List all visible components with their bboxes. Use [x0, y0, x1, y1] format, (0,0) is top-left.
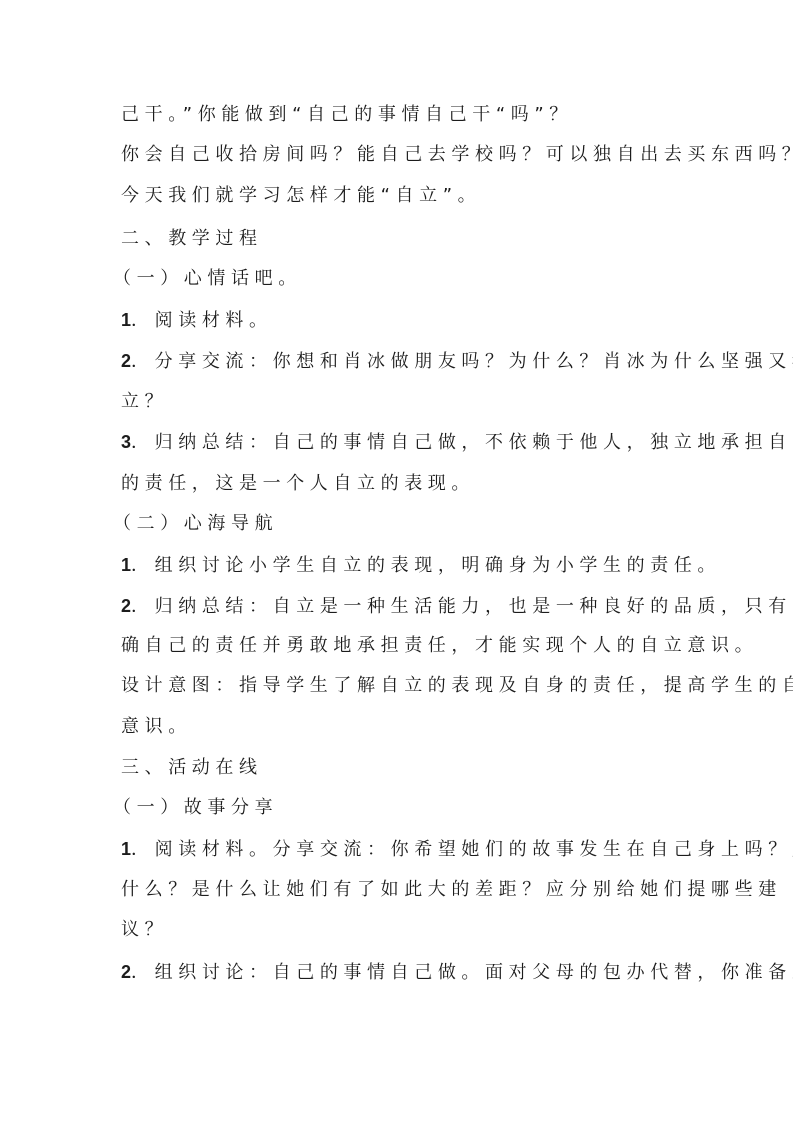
list-item: 1．组织讨论小学生自立的表现，明确身为小学生的责任。	[121, 551, 681, 579]
section-heading: 三、活动在线	[121, 754, 681, 782]
text-line: 今天我们就学习怎样才能“自立”。	[121, 182, 681, 210]
text-line: 什么？是什么让她们有了如此大的差距？应分别给她们提哪些建	[121, 876, 681, 904]
text-line: 议？	[121, 916, 681, 944]
item-number: 3	[121, 432, 131, 452]
text-line: 意识。	[121, 713, 681, 741]
subsection-heading: （二）心海导航	[113, 510, 673, 538]
item-text: ．归纳总结：自己的事情自己做，不依赖于他人，独立地承担自己	[131, 432, 793, 453]
item-text: ．组织讨论小学生自立的表现，明确身为小学生的责任。	[131, 555, 721, 576]
item-number: 2	[121, 596, 131, 616]
text-line: 的责任，这是一个人自立的表现。	[121, 470, 681, 498]
list-item: 2．组织讨论：自己的事情自己做。面对父母的包办代替，你准备怎	[121, 958, 681, 986]
list-item: 2．分享交流：你想和肖冰做朋友吗？为什么？肖冰为什么坚强又独	[121, 347, 681, 375]
subsection-heading: （一）心情话吧。	[113, 265, 673, 293]
list-item: 1．阅读材料。分享交流：你希望她们的故事发生在自己身上吗？为	[121, 835, 681, 863]
list-item: 3．归纳总结：自己的事情自己做，不依赖于他人，独立地承担自己	[121, 428, 681, 456]
list-item: 1．阅读材料。	[121, 306, 681, 334]
text-line: 立？	[121, 388, 681, 416]
text-line: 己干。”你能做到“自己的事情自己干“吗”？	[121, 101, 681, 129]
list-item: 2．归纳总结：自立是一种生活能力，也是一种良好的品质，只有明	[121, 592, 681, 620]
item-text: ．阅读材料。分享交流：你希望她们的故事发生在自己身上吗？为	[131, 839, 793, 860]
item-number: 2	[121, 351, 131, 371]
section-heading: 二、教学过程	[121, 225, 681, 253]
item-number: 1	[121, 310, 131, 330]
document-page: 己干。”你能做到“自己的事情自己干“吗”？ 你会自己收拾房间吗？能自己去学校吗？…	[0, 0, 793, 1122]
subsection-heading: （一）故事分享	[113, 794, 673, 822]
item-text: ．分享交流：你想和肖冰做朋友吗？为什么？肖冰为什么坚强又独	[131, 351, 793, 372]
item-text: ．组织讨论：自己的事情自己做。面对父母的包办代替，你准备怎	[131, 962, 793, 983]
item-text: ．阅读材料。	[131, 310, 273, 331]
item-number: 1	[121, 839, 131, 859]
text-line: 你会自己收拾房间吗？能自己去学校吗？可以独自出去买东西吗？	[121, 141, 681, 169]
item-number: 1	[121, 555, 131, 575]
item-number: 2	[121, 962, 131, 982]
design-intent-line: 设计意图：指导学生了解自立的表现及自身的责任，提高学生的自立	[121, 672, 681, 700]
text-line: 确自己的责任并勇敢地承担责任，才能实现个人的自立意识。	[121, 632, 681, 660]
item-text: ．归纳总结：自立是一种生活能力，也是一种良好的品质，只有明	[131, 596, 793, 617]
